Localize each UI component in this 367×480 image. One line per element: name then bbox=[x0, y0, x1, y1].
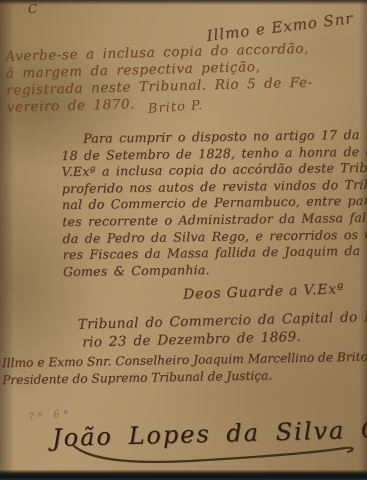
photo-edge-top bbox=[0, 0, 367, 5]
pencil-annotation: 7º 6ª bbox=[28, 408, 73, 423]
signature-flourish-underline bbox=[70, 440, 360, 466]
body-line: Gomes & Companhia. bbox=[63, 260, 363, 281]
letter-body: Para cumprir o disposto no artigo 17 da … bbox=[61, 127, 363, 281]
note-signature-brito: Brito P. bbox=[148, 98, 204, 117]
top-left-ink-mark: C bbox=[27, 1, 38, 16]
dateline: Tribunal do Commercio da Capital do Impe… bbox=[78, 308, 364, 351]
photo-edge-bottom bbox=[0, 470, 367, 480]
addressee-block: Illmo e Exmo Snr. Conselheiro Joaquim Ma… bbox=[2, 349, 367, 388]
closing-formula: Deos Guarde a V.Exª bbox=[183, 281, 345, 303]
manuscript-letter-page: C Illmo e Exmo Snr Averbe-se a inclusa c… bbox=[0, 0, 367, 480]
